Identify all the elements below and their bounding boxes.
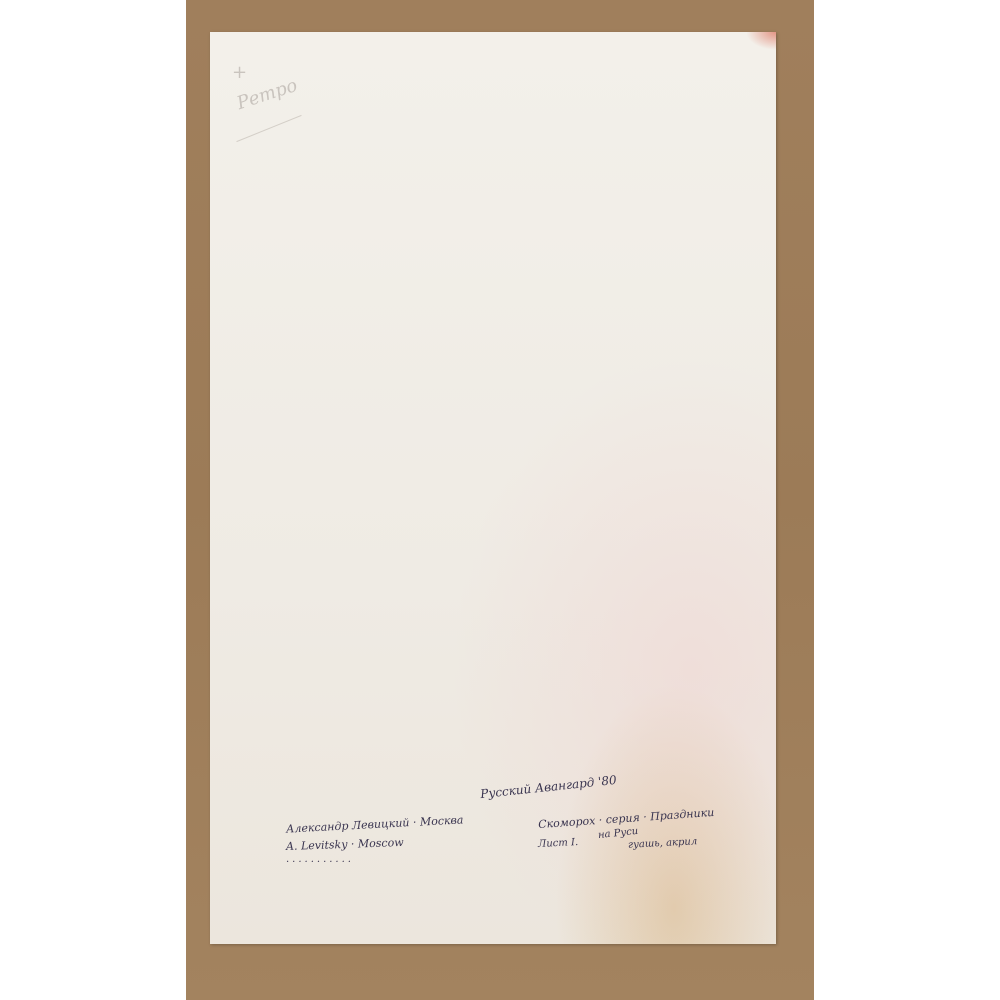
stamp-underline (236, 115, 301, 142)
inscription-medium: гуашь, акрил (628, 836, 698, 851)
inscription-title: Русский Авангард '80 (480, 773, 618, 801)
stamp-cross: + (232, 62, 247, 83)
inscription-sheet: Лист I. (538, 837, 579, 850)
photograph: + Ретро Русский Авангард '80 Александр Л… (0, 0, 1000, 1000)
corner-stain (746, 32, 776, 50)
paper-sheet: + Ретро Русский Авангард '80 Александр Л… (210, 32, 776, 944)
inscription-artist-en: A. Levitsky · Moscow (286, 836, 404, 853)
inscription-artist-ru: Александр Левицкий · Москва (286, 813, 464, 835)
inscription-dots: ........... (286, 854, 354, 865)
